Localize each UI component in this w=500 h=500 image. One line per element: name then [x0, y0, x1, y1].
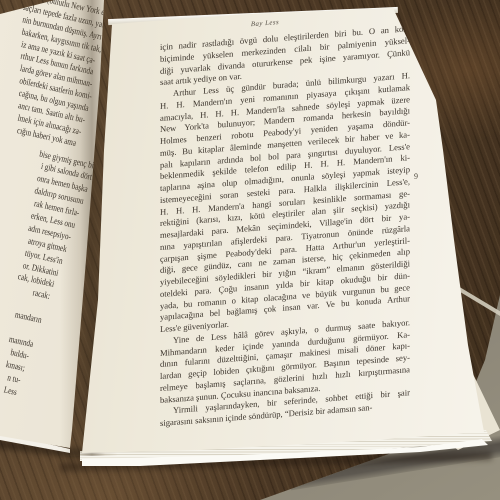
- page-number: 9: [414, 172, 418, 181]
- left-text-line: Less: [3, 384, 18, 398]
- right-page-paragraphs: için nadir rastladığı övgü dolu eleştiri…: [160, 23, 410, 430]
- right-page-text: Bay Less için nadir rastladığı övgü dolu…: [160, 7, 410, 430]
- book-photo-scene: ş yanığı (bulutlu New York eki-saçları t…: [0, 0, 500, 500]
